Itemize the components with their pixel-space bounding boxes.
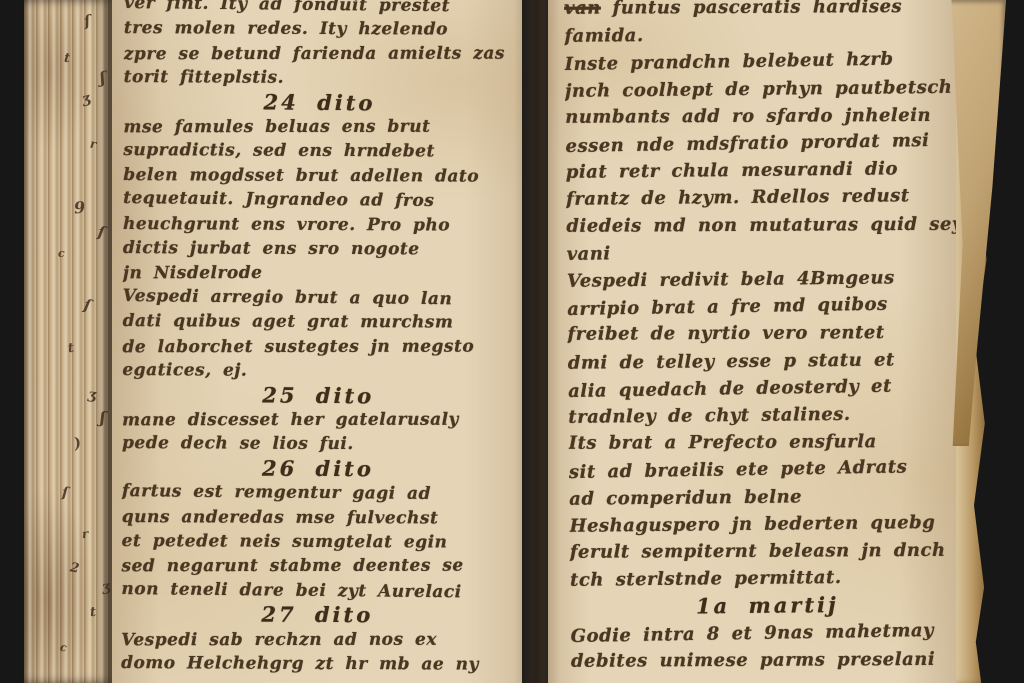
struck-word: van xyxy=(564,0,601,19)
edge-ink-mark: t xyxy=(67,342,75,356)
manuscript-line: pede dech se lios fui. xyxy=(122,431,514,457)
manuscript-line: numbants add ro sfardo jnhelein xyxy=(565,102,959,131)
entry-heading: 25 dito xyxy=(122,382,514,410)
manuscript-line: van funtus pasceratis hardises xyxy=(564,0,958,22)
entry-heading: 27 dito xyxy=(121,602,513,628)
manuscript-line: quns anderedas mse fulvechst xyxy=(122,505,514,531)
edge-ink-mark: ſ xyxy=(62,486,69,500)
edge-ink-mark: ʒ xyxy=(87,388,96,403)
manuscript-line: vani xyxy=(567,237,961,268)
manuscript-photo: ſtʒʃr9cſſtʒ)ʃſr2tcʒ ver fint. Ity ad fon… xyxy=(0,0,1024,683)
edge-ink-mark: t xyxy=(63,52,70,65)
edge-ink-mark: ʃ xyxy=(99,70,106,86)
manuscript-line: frantz de hzym. Rdellos redust xyxy=(566,182,960,213)
entry-heading: 26 dito xyxy=(122,456,514,482)
manuscript-line: Vespedi arregio brut a quo lan xyxy=(123,284,515,312)
manuscript-line: sed negarunt stabme deentes se xyxy=(122,554,514,579)
edge-ink-mark: c xyxy=(58,248,65,259)
edge-ink-mark: 9 xyxy=(73,200,85,217)
manuscript-line: debites unimese parms preselani xyxy=(571,646,965,675)
manuscript-line: Godie intra 8 et 9nas mahetmay xyxy=(570,616,964,650)
manuscript-line: jn Nisdelrode xyxy=(123,261,515,286)
manuscript-line: tequetauit. Jngrandeo ad fros xyxy=(123,186,515,214)
edge-ink-mark: r xyxy=(81,528,89,541)
edge-ink-mark: ſ xyxy=(83,14,92,30)
manuscript-line: torit fitteplstis. xyxy=(124,65,516,91)
manuscript-line: piat retr chula mesurandi dio xyxy=(566,155,960,186)
manuscript-line: ferult sempiternt beleasn jn dnch de xyxy=(570,537,964,566)
manuscript-line: dictis jurbat ens sro nogote xyxy=(123,236,515,262)
left-page-text: ver fint. Ity ad fonduit prestettres mol… xyxy=(109,0,522,677)
manuscript-line: diedeis md non mutaturas quid sey xyxy=(566,210,960,239)
manuscript-line: supradictis, sed ens hrndebet xyxy=(123,138,515,164)
edge-ink-mark: ʒ xyxy=(80,91,91,107)
manuscript-line: heuchgrunt ens vrore. Pro pho xyxy=(123,212,515,238)
edge-ink-mark: ʃ xyxy=(99,410,105,426)
manuscript-line: tch sterlstnde permittat. xyxy=(570,563,964,594)
manuscript-line: mane discesset her gatelarusaly xyxy=(122,407,514,432)
page-edge-stack: ſtʒʃr9cſſtʒ)ʃſr2tcʒ xyxy=(24,0,112,683)
manuscript-line: tradnley de chyt stalines. xyxy=(568,400,962,431)
manuscript-line: zpre se betund farienda amielts zas xyxy=(124,41,516,66)
manuscript-line: ad comperidun belne xyxy=(569,481,963,512)
manuscript-line: Heshaguspero jn bederten quebg xyxy=(569,509,963,540)
manuscript-line: non teneli dare bei zyt Aurelaci xyxy=(121,577,513,605)
right-page-text: van funtus pasceratis hardisesfamida.Ins… xyxy=(548,0,973,676)
right-page: van funtus pasceratis hardisesfamida.Ins… xyxy=(548,0,966,683)
manuscript-line: Vespedi sab rechzn ad nos ex xyxy=(121,627,513,652)
manuscript-line: dati quibus aget grat murchsm xyxy=(123,309,515,335)
entry-heading: 24 dito xyxy=(123,89,515,117)
manuscript-line: de laborchet sustegtes jn megsto xyxy=(122,334,514,359)
edge-ink-mark: t xyxy=(90,606,97,619)
edge-ink-mark: ) xyxy=(73,435,83,451)
edge-ink-mark: 2 xyxy=(69,561,80,575)
manuscript-line: jnch coolhept de prhyn pautbetsch xyxy=(565,73,959,104)
edge-ink-mark: ſ xyxy=(83,297,92,313)
edge-ink-mark: c xyxy=(59,642,67,654)
edge-ink-mark: r xyxy=(89,138,97,151)
manuscript-line: egatices, ej. xyxy=(122,358,514,384)
manuscript-line: fartus est remgentur gagi ad xyxy=(122,479,514,507)
manuscript-line: tres molen redes. Ity hzelendo xyxy=(124,16,516,42)
manuscript-line: freibet de nyrtio vero rentet xyxy=(567,319,961,348)
edge-ink-mark: ſ xyxy=(97,225,106,241)
manuscript-line: belen mogdsset brut adellen dato xyxy=(123,163,515,189)
manuscript-line: mse famules beluas ens brut xyxy=(123,115,515,140)
manuscript-line: et petedet neis sumgtelat egin xyxy=(122,529,514,555)
manuscript-line: domo Helchehgrg zt hr mb ae ny xyxy=(121,651,513,677)
left-page: ver fint. Ity ad fonduit prestettres mol… xyxy=(112,0,522,683)
